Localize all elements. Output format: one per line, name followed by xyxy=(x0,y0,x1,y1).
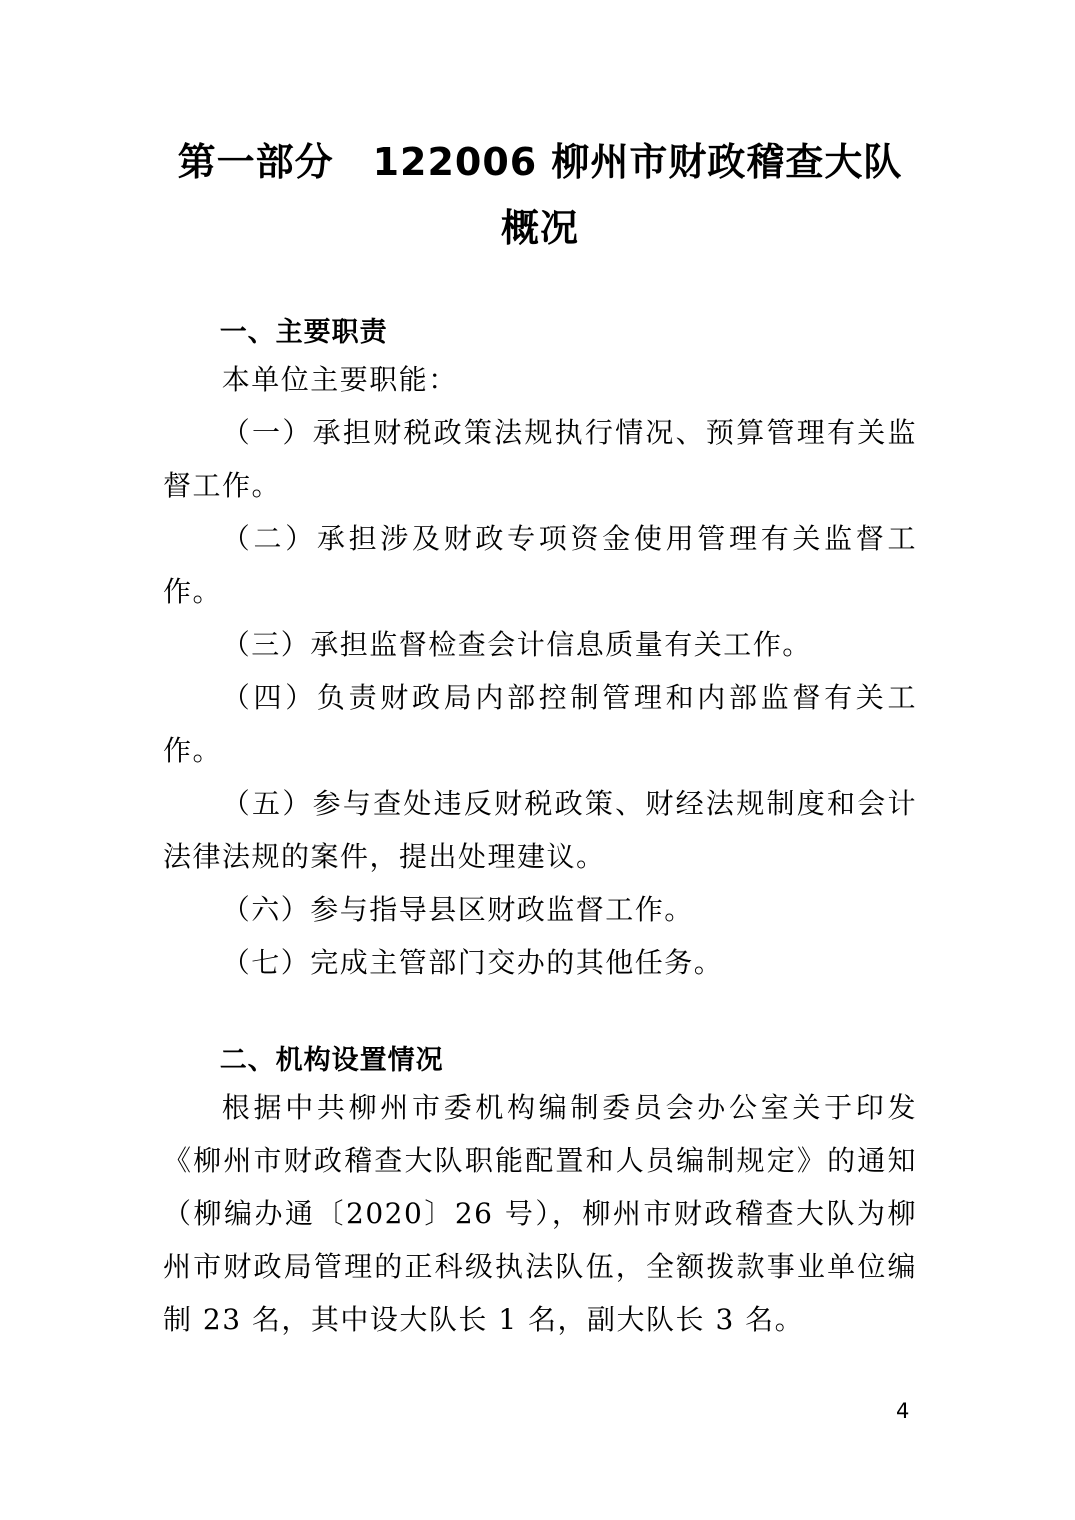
duty-item-6: （六）参与指导县区财政监督工作。 xyxy=(163,883,917,936)
duty-item-4: （四）负责财政局内部控制管理和内部监督有关工作。 xyxy=(163,671,917,777)
duty-item-1: （一）承担财税政策法规执行情况、预算管理有关监督工作。 xyxy=(163,406,917,512)
duty-item-5: （五）参与查处违反财税政策、财经法规制度和会计法律法规的案件，提出处理建议。 xyxy=(163,777,917,883)
page-number: 4 xyxy=(896,1399,909,1423)
page-title: 第一部分 122006 柳州市财政稽查大队 概况 xyxy=(163,129,917,261)
duty-item-2: （二）承担涉及财政专项资金使用管理有关监督工作。 xyxy=(163,512,917,618)
duties-intro: 本单位主要职能： xyxy=(163,353,917,406)
duty-item-7: （七）完成主管部门交办的其他任务。 xyxy=(163,936,917,989)
org-paragraph: 根据中共柳州市委机构编制委员会办公室关于印发《柳州市财政稽查大队职能配置和人员编… xyxy=(163,1081,917,1346)
section-heading-duties: 一、主要职责 xyxy=(163,313,917,353)
section-heading-org: 二、机构设置情况 xyxy=(163,1041,917,1081)
duty-item-3: （三）承担监督检查会计信息质量有关工作。 xyxy=(163,618,917,671)
document-page: 第一部分 122006 柳州市财政稽查大队 概况 一、主要职责 本单位主要职能：… xyxy=(0,0,1075,1520)
